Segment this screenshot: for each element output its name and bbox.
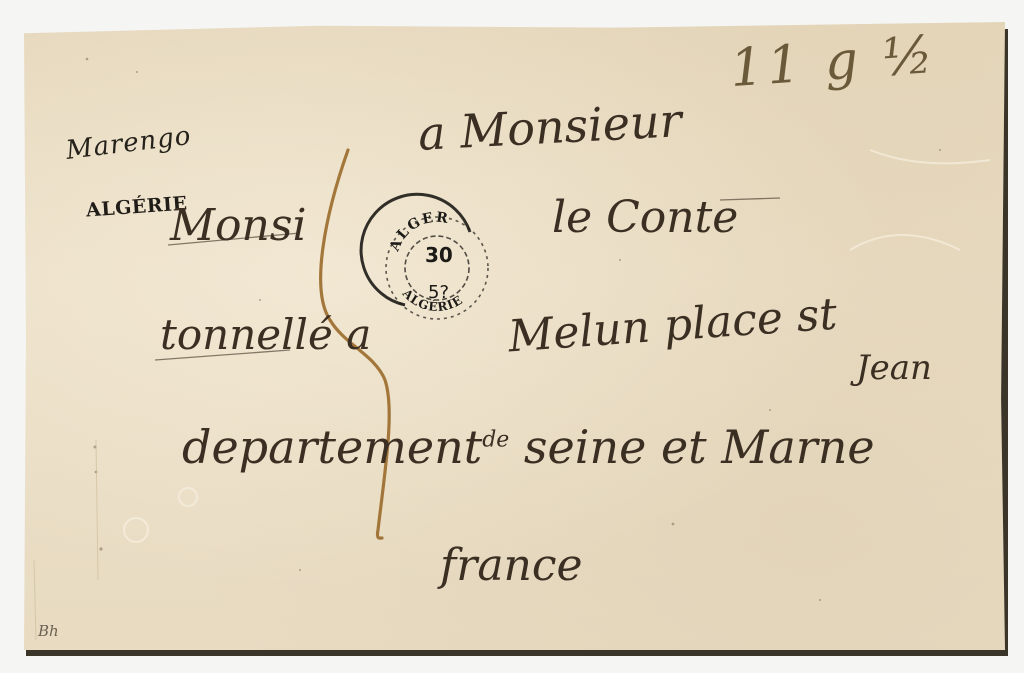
department-name: seine et Marne bbox=[509, 420, 874, 474]
department-superscript: de bbox=[482, 428, 509, 453]
address-line-rank: le Conte bbox=[552, 192, 738, 243]
department-word: departement bbox=[182, 420, 482, 474]
datestamp-year: 5? bbox=[428, 282, 449, 303]
left-edge-folds bbox=[34, 440, 98, 640]
address-line-street: Jean bbox=[856, 348, 932, 388]
datestamp-day: 30 bbox=[425, 243, 453, 267]
postal-cover: ALGER ALGÉRIE 30 5? Marengo ALGÉRIE 11 g… bbox=[0, 0, 1024, 673]
address-line-title: Monsi bbox=[170, 200, 307, 251]
pencil-notation: Bh bbox=[38, 622, 59, 640]
address-line-country: france bbox=[440, 540, 583, 591]
address-line-department: departementde seine et Marne bbox=[182, 420, 875, 474]
address-line-name: tonnellé a bbox=[160, 310, 371, 359]
